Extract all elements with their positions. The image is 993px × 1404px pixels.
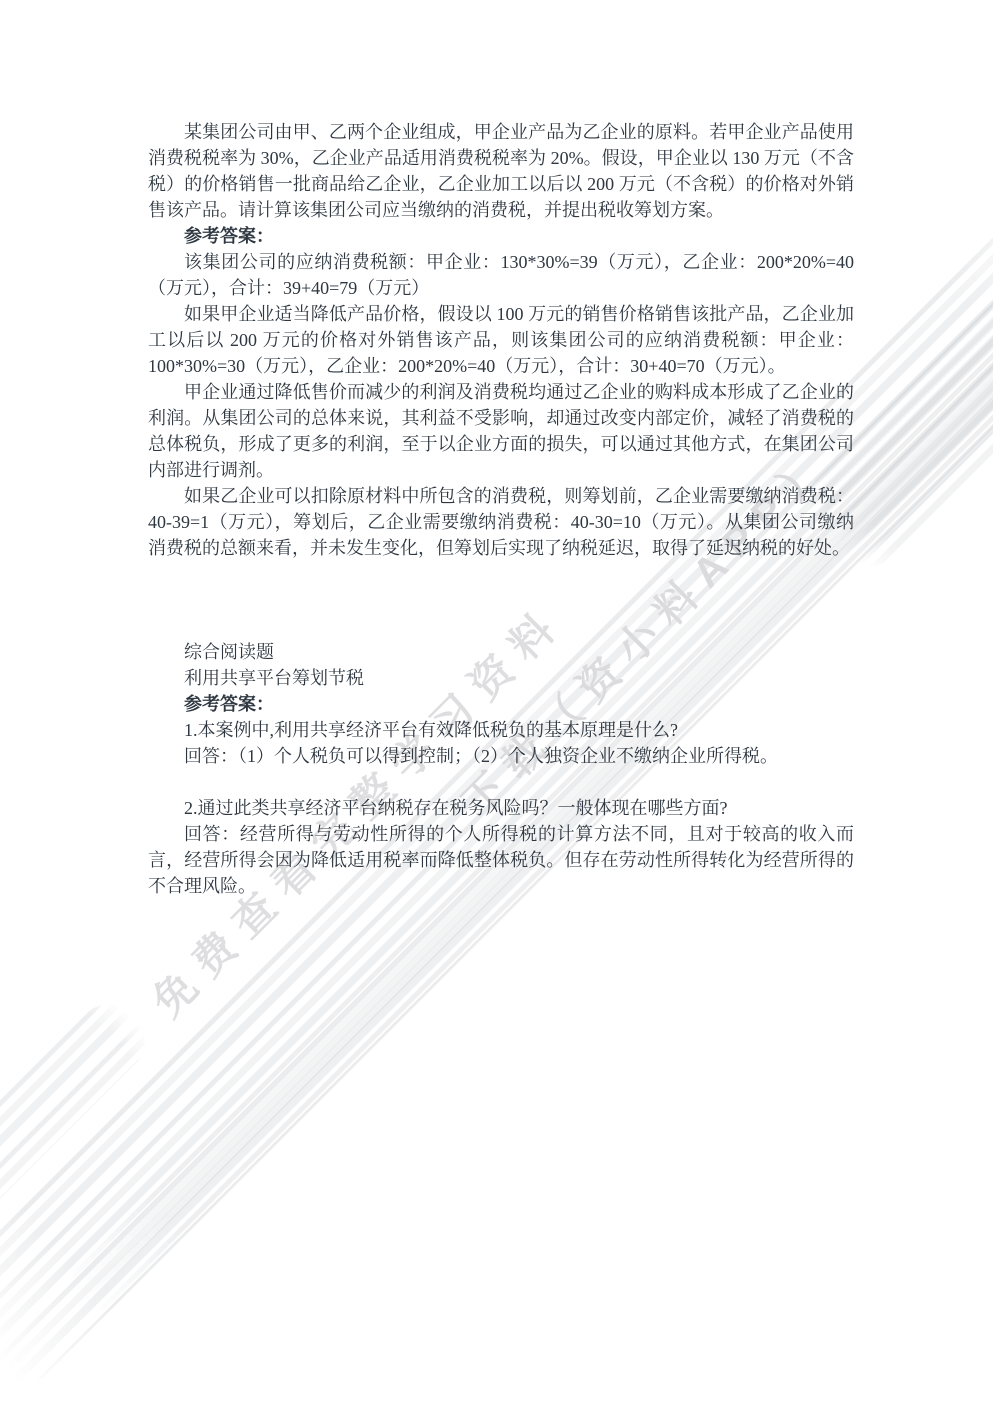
reading-question-1: 1.本案例中,利用共享经济平台有效降低税负的基本原理是什么? — [148, 717, 854, 743]
case-answer-label: 参考答案： — [148, 223, 854, 249]
reading-question-2: 2.通过此类共享经济平台纳税存在税务风险吗？一般体现在哪些方面? — [148, 795, 854, 821]
reading-answer-1: 回答：（1）个人税负可以得到控制；（2）个人独资企业不缴纳企业所得税。 — [148, 743, 854, 769]
reading-answer-label: 参考答案： — [148, 691, 854, 717]
case-answer-paragraph: 如果甲企业适当降低产品价格，假设以 100 万元的销售价格销售该批产品，乙企业加… — [148, 301, 854, 379]
reading-answer-2: 回答：经营所得与劳动性所得的个人所得税的计算方法不同，且对于较高的收入而言，经营… — [148, 821, 854, 899]
case-answer-paragraph: 如果乙企业可以扣除原材料中所包含的消费税，则筹划前，乙企业需要缴纳消费税：40-… — [148, 483, 854, 561]
blank-line — [148, 769, 854, 795]
case-question-paragraph: 某集团公司由甲、乙两个企业组成，甲企业产品为乙企业的原料。若甲企业产品使用消费税… — [148, 119, 854, 223]
reading-section-label: 综合阅读题 — [148, 639, 854, 665]
section-gap — [148, 561, 854, 639]
case-answer-paragraph: 甲企业通过降低售价而减少的利润及消费税均通过乙企业的购料成本形成了乙企业的利润。… — [148, 379, 854, 483]
case-answer-paragraph: 该集团公司的应纳消费税额：甲企业：130*30%=39（万元），乙企业：200*… — [148, 249, 854, 301]
document-content: 某集团公司由甲、乙两个企业组成，甲企业产品为乙企业的原料。若甲企业产品使用消费税… — [0, 0, 993, 899]
reading-title: 利用共享平台筹划节税 — [148, 665, 854, 691]
document-page: 免费查看完整学习资料 下载（资小料APP） 某集团公司由甲、乙两个企业组成，甲企… — [0, 0, 993, 1404]
